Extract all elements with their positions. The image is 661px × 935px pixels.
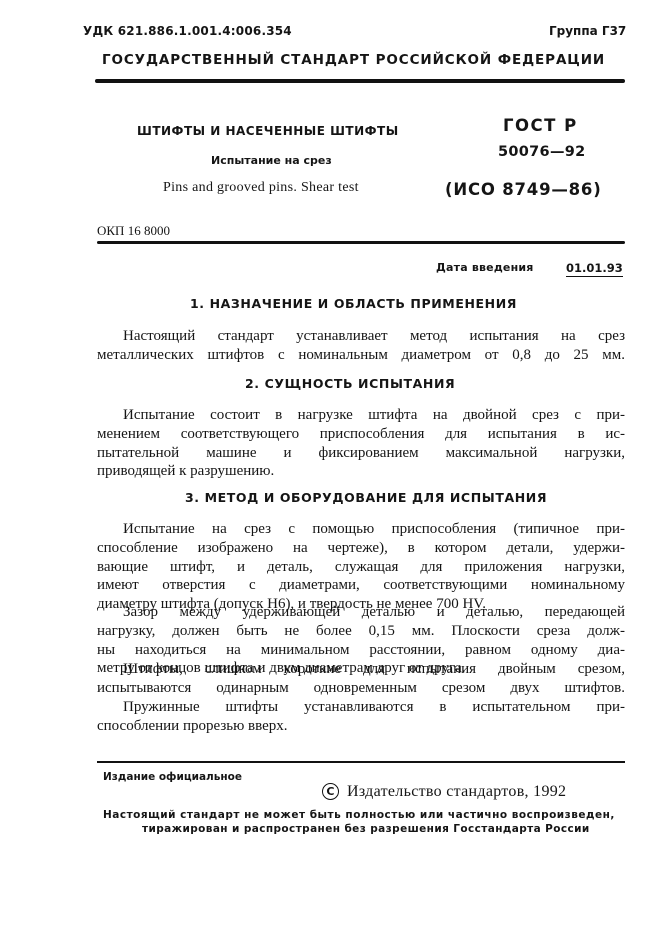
section-heading-method: 3. МЕТОД И ОБОРУДОВАНИЕ ДЛЯ ИСПЫТАНИЯ <box>185 490 547 505</box>
section-3-paragraph-4: Пружинные штифты устанавливаются в испыт… <box>97 698 625 736</box>
text-line: Испытание на срез с помощью приспособлен… <box>97 520 625 539</box>
text-line: Зазор между удерживающей деталью и детал… <box>97 603 625 622</box>
group-code: Группа Г37 <box>549 24 626 38</box>
section-heading-purpose: 1. НАЗНАЧЕНИЕ И ОБЛАСТЬ ПРИМЕНЕНИЯ <box>190 296 517 311</box>
text-line: приводящей к разрушению. <box>97 462 625 481</box>
text-line: вающие штифт, и деталь, служащая для при… <box>97 558 625 577</box>
document-title-english: Pins and grooved pins. Shear test <box>163 180 359 196</box>
text-line: Настоящий стандарт устанавливает метод и… <box>97 327 625 346</box>
text-line: способлении прорезью вверх. <box>97 717 625 736</box>
text-line: имеют отверстия с диаметрами, соответств… <box>97 576 625 595</box>
introduction-date-value: 01.01.93 <box>566 261 623 277</box>
text-line: пытательной машине и фиксированием макси… <box>97 444 625 463</box>
copyright-text: Издательство стандартов, 1992 <box>347 783 566 800</box>
text-line: металлических штифтов с номинальным диам… <box>97 346 625 365</box>
text-line: испытываются одинарным одновременным сре… <box>97 679 625 698</box>
copyright-icon: C <box>322 783 339 800</box>
iso-reference: (ИСО 8749—86) <box>445 180 602 199</box>
section-3-paragraph-1: Испытание на срез с помощью приспособлен… <box>97 520 625 614</box>
copyright-notice: CИздательство стандартов, 1992 <box>322 783 566 801</box>
gost-number: 50076—92 <box>498 144 586 160</box>
section-2-paragraph: Испытание состоит в нагрузке штифта на д… <box>97 406 625 481</box>
header-divider <box>95 79 625 83</box>
introduction-date-label: Дата введения <box>436 261 534 274</box>
text-line: способление изображено на чертеже), в ко… <box>97 539 625 558</box>
state-standard-banner: ГОСУДАРСТВЕННЫЙ СТАНДАРТ РОССИЙСКОЙ ФЕДЕ… <box>102 52 605 68</box>
udk-code: УДК 621.886.1.001.4:006.354 <box>83 24 292 38</box>
text-line: Испытание состоит в нагрузке штифта на д… <box>97 406 625 425</box>
text-line: Пружинные штифты устанавливаются в испыт… <box>97 698 625 717</box>
section-1-paragraph: Настоящий стандарт устанавливает метод и… <box>97 327 625 365</box>
text-line: менением соответствующего приспособления… <box>97 425 625 444</box>
text-line: ны находиться на минимальном расстоянии,… <box>97 641 625 660</box>
reproduction-notice-line-2: тиражирован и распространен без разрешен… <box>142 823 590 835</box>
reproduction-notice-line-1: Настоящий стандарт не может быть полност… <box>103 809 615 821</box>
text-line: нагрузку, должен быть не более 0,15 мм. … <box>97 622 625 641</box>
section-heading-essence: 2. СУЩНОСТЬ ИСПЫТАНИЯ <box>245 376 455 391</box>
text-line: Штифты, слишком короткие для испытания д… <box>97 660 625 679</box>
okp-code: ОКП 16 8000 <box>97 223 170 239</box>
footer-divider <box>97 761 625 763</box>
document-title: ШТИФТЫ И НАСЕЧЕННЫЕ ШТИФТЫ <box>137 124 399 138</box>
section-3-paragraph-3: Штифты, слишком короткие для испытания д… <box>97 660 625 698</box>
official-edition-label: Издание официальное <box>103 771 242 783</box>
document-subtitle: Испытание на срез <box>211 154 332 167</box>
title-divider <box>97 241 625 244</box>
gost-label: ГОСТ Р <box>503 116 578 135</box>
